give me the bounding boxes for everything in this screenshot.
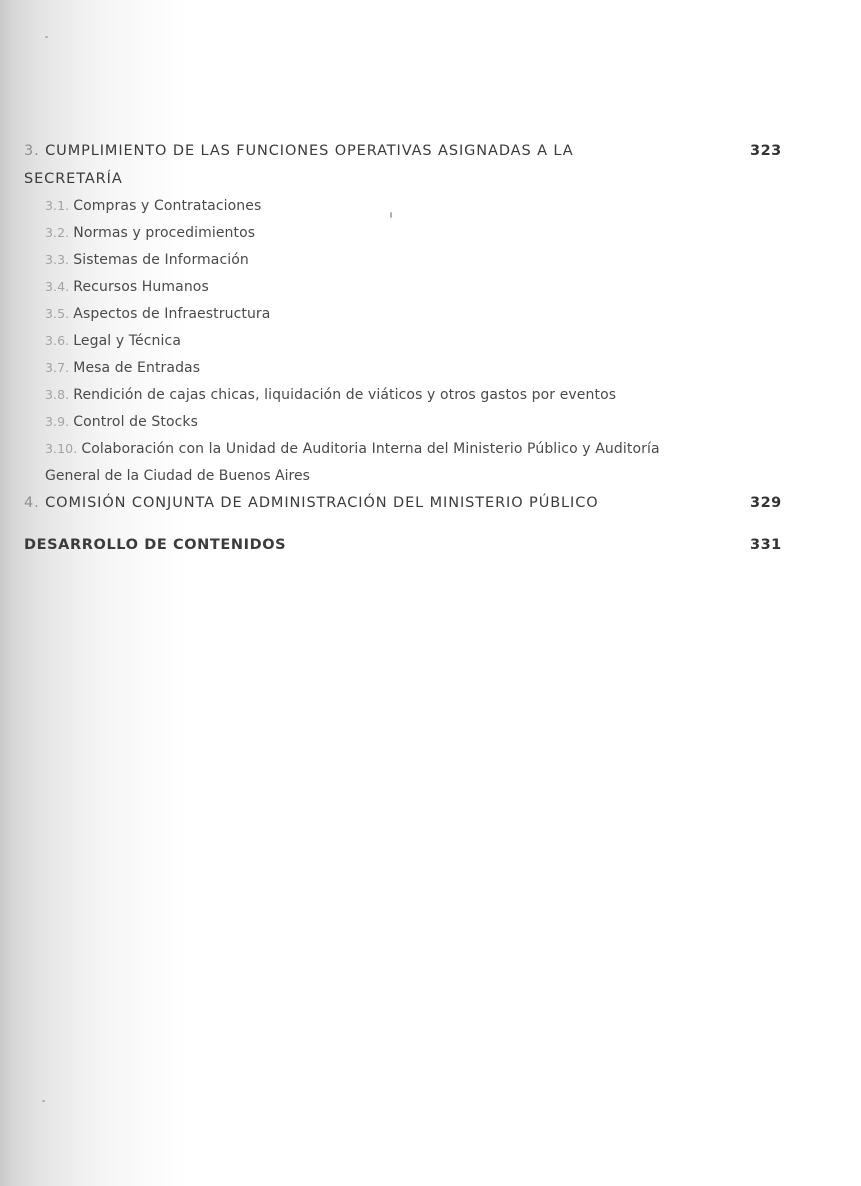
page-number: 323 <box>750 143 782 159</box>
section-title-text: COMISIÓN CONJUNTA DE ADMINISTRACIÓN DEL … <box>45 495 598 511</box>
scan-speck <box>45 36 48 38</box>
subitem-label: Colaboración con la Unidad de Auditoria … <box>81 441 659 457</box>
page-number: 329 <box>750 495 782 511</box>
page-number: 331 <box>750 537 782 553</box>
scan-speck <box>42 1100 45 1102</box>
subitem-label: Control de Stocks <box>73 414 198 430</box>
section-title-text: CUMPLIMIENTO DE LAS FUNCIONES OPERATIVAS… <box>45 143 573 159</box>
subitem-label: Mesa de Entradas <box>73 360 200 376</box>
section-title: 3. CUMPLIMIENTO DE LAS FUNCIONES OPERATI… <box>24 143 574 159</box>
subitem-label: Rendición de cajas chicas, liquidación d… <box>73 387 616 403</box>
subitem-number: 3.3. <box>45 252 69 267</box>
subitem-label: Normas y procedimientos <box>73 225 255 241</box>
section-number: 3. <box>24 143 40 159</box>
subitem-label: Sistemas de Información <box>73 252 249 268</box>
subitem-label: Recursos Humanos <box>73 279 209 295</box>
subitem-number: 3.8. <box>45 387 69 402</box>
subitem-number: 3.6. <box>45 333 69 348</box>
subitem-number: 3.1. <box>45 198 69 213</box>
subitem-label: Legal y Técnica <box>73 333 181 349</box>
section-number: 4. <box>24 495 40 511</box>
subitem-number: 3.5. <box>45 306 69 321</box>
subitem-label: Compras y Contrataciones <box>73 198 261 214</box>
subitem-number: 3.10. <box>45 441 77 456</box>
section-title-text: DESARROLLO DE CONTENIDOS <box>24 537 286 553</box>
scan-speck <box>390 212 392 218</box>
subitem-label: Aspectos de Infraestructura <box>73 306 270 322</box>
section-title: 4. COMISIÓN CONJUNTA DE ADMINISTRACIÓN D… <box>24 495 599 511</box>
subitem-label-continuation: General de la Ciudad de Buenos Aires <box>45 468 310 484</box>
subitem-number: 3.4. <box>45 279 69 294</box>
subitem-number: 3.2. <box>45 225 69 240</box>
subitem-number: 3.7. <box>45 360 69 375</box>
section-title-continuation: SECRETARÍA <box>24 171 123 187</box>
subitem-number: 3.9. <box>45 414 69 429</box>
